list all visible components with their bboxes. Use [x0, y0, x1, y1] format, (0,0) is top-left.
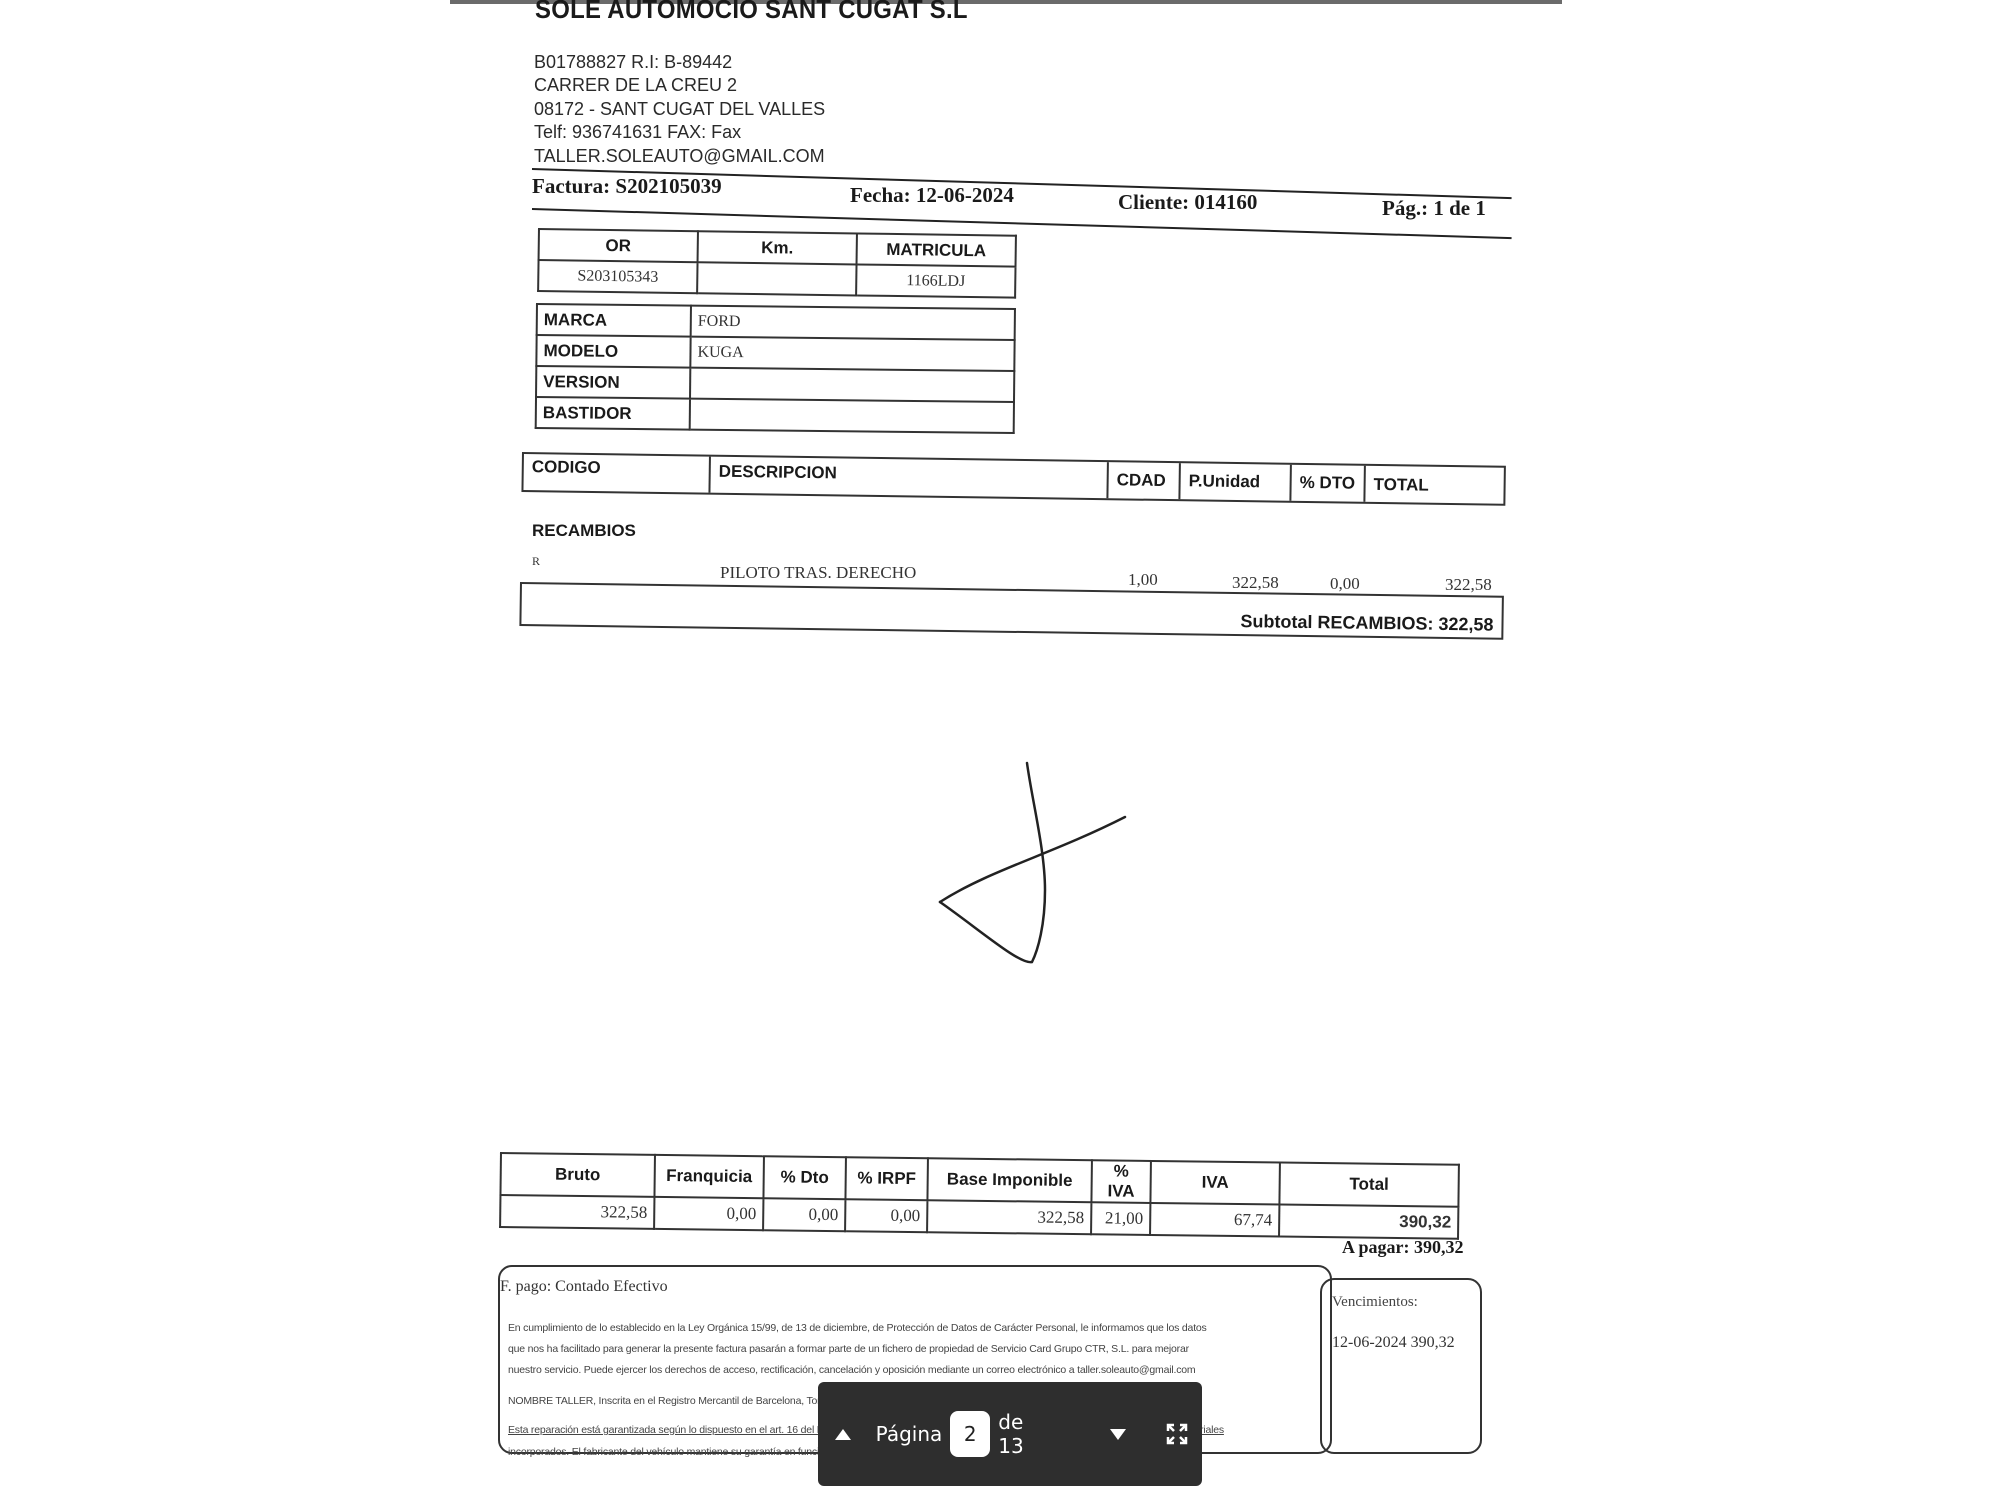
header-matricula: MATRICULA [857, 233, 1016, 266]
payment-method: F. pago: Contado Efectivo [500, 1278, 668, 1296]
header-irpf: % IRPF [845, 1157, 928, 1200]
col-descripcion: DESCRIPCION [708, 457, 837, 495]
item-descripcion: PILOTO TRAS. DERECHO [720, 563, 916, 583]
vehicle-details-table: MARCA FORD MODELO KUGA VERSION BASTIDOR [535, 303, 1016, 434]
item-punidad: 322,58 [1232, 573, 1279, 593]
col-dto: % DTO [1289, 465, 1355, 502]
page-number-input[interactable] [950, 1411, 990, 1457]
header-base-imponible: Base Imponible [927, 1158, 1092, 1202]
subtotal-recambios: Subtotal RECAMBIOS: 322,58 [1240, 611, 1493, 636]
total-value: 390,32 [1279, 1205, 1458, 1239]
bruto-value: 322,58 [500, 1195, 654, 1229]
page-navigator: Página de 13 [818, 1382, 1202, 1486]
header-dto: % Dto [763, 1156, 846, 1199]
page-label: Página [876, 1422, 943, 1446]
header-bruto: Bruto [500, 1153, 655, 1197]
company-street: CARRER DE LA CREU 2 [534, 75, 737, 96]
company-phone: Telf: 936741631 FAX: Fax [534, 122, 741, 143]
iva-pct-value: 21,00 [1091, 1202, 1150, 1235]
franquicia-value: 0,00 [654, 1197, 763, 1230]
marca-value: FORD [691, 306, 1015, 340]
company-city: 08172 - SANT CUGAT DEL VALLES [534, 99, 825, 120]
header-iva: IVA [1150, 1161, 1280, 1205]
label-version: VERSION [536, 366, 690, 399]
label-marca: MARCA [537, 304, 691, 337]
item-dto: 0,00 [1330, 574, 1360, 594]
version-value [690, 368, 1014, 402]
col-punidad: P.Unidad [1178, 463, 1260, 500]
next-page-button[interactable] [1093, 1409, 1143, 1459]
col-codigo: CODIGO [523, 454, 600, 491]
legal-text-line: que nos ha facilitado para generar la pr… [508, 1343, 1189, 1355]
header-iva-pct: % IVA [1091, 1160, 1151, 1203]
legal-text-line: En cumplimiento de lo establecido en la … [508, 1322, 1207, 1334]
page-total: de 13 [998, 1410, 1054, 1458]
line-items-header: CODIGO DESCRIPCION CDAD P.Unidad % DTO T… [521, 452, 1505, 506]
fullscreen-icon [1166, 1423, 1188, 1445]
section-recambios: RECAMBIOS [532, 521, 636, 541]
col-total: TOTAL [1363, 466, 1429, 503]
dto-value: 0,00 [763, 1198, 845, 1231]
header-km: Km. [698, 231, 857, 264]
amount-due: A pagar: 390,32 [1342, 1237, 1464, 1258]
label-bastidor: BASTIDOR [536, 397, 690, 430]
triangle-down-icon [1110, 1429, 1126, 1440]
or-value: S203105343 [538, 260, 697, 293]
km-value [697, 262, 856, 295]
due-dates-label: Vencimientos: [1332, 1294, 1418, 1311]
vehicle-ref-table: OR Km. MATRICULA S203105343 1166LDJ [537, 228, 1017, 299]
item-cdad: 1,00 [1128, 570, 1158, 590]
label-modelo: MODELO [536, 335, 690, 368]
fullscreen-button[interactable] [1152, 1409, 1202, 1459]
invoice-number: Factura: S202105039 [532, 174, 722, 199]
triangle-up-icon [835, 1429, 851, 1440]
signature-icon [910, 760, 1130, 980]
item-total: 322,58 [1445, 575, 1492, 595]
item-codigo: R [532, 554, 540, 569]
header-total: Total [1279, 1163, 1458, 1207]
due-date-value: 12-06-2024 390,32 [1332, 1334, 1455, 1352]
modelo-value: KUGA [690, 337, 1014, 371]
header-or: OR [539, 229, 698, 262]
invoice-page: SOLE AUTOMOCIO SANT CUGAT S.L B01788827 … [450, 0, 1562, 1500]
company-id: B01788827 R.I: B-89442 [534, 52, 732, 73]
company-name: SOLE AUTOMOCIO SANT CUGAT S.L [535, 0, 968, 25]
previous-page-button[interactable] [818, 1409, 868, 1459]
matricula-value: 1166LDJ [856, 264, 1015, 297]
company-email: TALLER.SOLEAUTO@GMAIL.COM [534, 146, 825, 167]
invoice-date: Fecha: 12-06-2024 [850, 183, 1014, 208]
client-number: Cliente: 014160 [1118, 190, 1257, 215]
col-cdad: CDAD [1106, 462, 1166, 499]
base-imponible-value: 322,58 [927, 1200, 1091, 1234]
totals-table: Bruto Franquicia % Dto % IRPF Base Impon… [499, 1152, 1460, 1240]
irpf-value: 0,00 [845, 1199, 927, 1232]
bastidor-value [690, 399, 1014, 433]
legal-text-line: nuestro servicio. Puede ejercer los dere… [508, 1364, 1195, 1376]
page-count: Pág.: 1 de 1 [1382, 196, 1486, 221]
header-franquicia: Franquicia [654, 1155, 764, 1198]
iva-value: 67,74 [1150, 1203, 1279, 1237]
